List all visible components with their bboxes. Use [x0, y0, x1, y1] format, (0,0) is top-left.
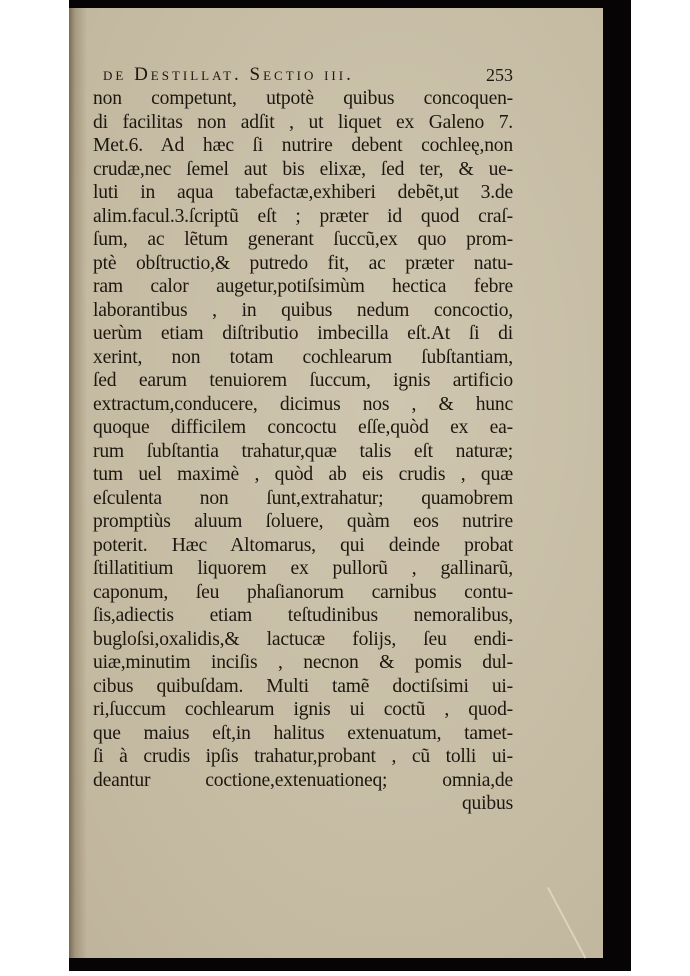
text-line: deantur coctione,extenuationeq; omnia,de — [93, 769, 513, 793]
text-line: crudæ,nec ſemel aut bis elixæ, ſed ter, … — [93, 158, 513, 182]
text-line: di facilitas non adſit , ut liquet ex Ga… — [93, 111, 513, 135]
text-line: quoque difficilem concoctu eſſe,quòd ex … — [93, 416, 513, 440]
text-line: xerint, non totam cochlearum ſubſtantiam… — [93, 346, 513, 370]
text-line: tum uel maximè , quòd ab eis crudis , qu… — [93, 463, 513, 487]
text-line: bugloſsi,oxalidis,& lactucæ folijs, ſeu … — [93, 628, 513, 652]
text-line: ptè obſtructio,& putredo fit, ac præter … — [93, 252, 513, 276]
text-line: ram calor augetur,potiſsimùm hectica feb… — [93, 275, 513, 299]
text-line: ſed earum tenuiorem ſuccum, ignis artifi… — [93, 369, 513, 393]
page-text: de Destillat. Sectio iii. 253 non compet… — [93, 63, 513, 816]
running-head-title: de Destillat. Sectio iii. — [103, 63, 354, 87]
text-line: ſtillatitium liquorem ex pullorũ , galli… — [93, 557, 513, 581]
text-line: caponum, ſeu phaſianorum carnibus contu- — [93, 581, 513, 605]
text-line: alim.facul.3.ſcriptũ eſt ; præter id quo… — [93, 205, 513, 229]
text-line: promptiùs aluum ſoluere, quàm eos nutrir… — [93, 510, 513, 534]
catchword: quibus — [93, 792, 513, 816]
text-line: non competunt, utpotè quibus concoquen- — [93, 87, 513, 111]
text-line: cibus quibuſdam. Multi tamẽ doctiſsimi u… — [93, 675, 513, 699]
text-line: ri,ſuccum cochlearum ignis ui coctũ , qu… — [93, 698, 513, 722]
text-line: luti in aqua tabefactæ,exhiberi debẽt,ut… — [93, 181, 513, 205]
text-line: poterit. Hæc Altomarus, qui deinde proba… — [93, 534, 513, 558]
text-line: uiæ,minutim inciſis , necnon & pomis dul… — [93, 651, 513, 675]
text-line: eſculenta non ſunt,extrahatur; quamobrem — [93, 487, 513, 511]
text-line: ſis,adiectis etiam teſtudinibus nemorali… — [93, 604, 513, 628]
page-number: 253 — [486, 63, 513, 87]
text-line: rum ſubſtantia trahatur,quæ talis eſt na… — [93, 440, 513, 464]
text-line: extractum,conducere, dicimus nos , & hun… — [93, 393, 513, 417]
paper-crease — [547, 887, 586, 959]
text-line: ſum, ac lẽtum generant ſuccũ,ex quo prom… — [93, 228, 513, 252]
text-line: ſi à crudis ipſis trahatur,probant , cũ … — [93, 745, 513, 769]
text-line: uerùm etiam diſtributio imbecilla eſt.At… — [93, 322, 513, 346]
text-line: Met.6. Ad hæc ſi nutrire debent cochleę,… — [93, 134, 513, 158]
text-line: que maius eſt,in halitus extenuatum, tam… — [93, 722, 513, 746]
text-line: laborantibus , in quibus nedum concoctio… — [93, 299, 513, 323]
running-header: de Destillat. Sectio iii. 253 — [93, 63, 513, 87]
